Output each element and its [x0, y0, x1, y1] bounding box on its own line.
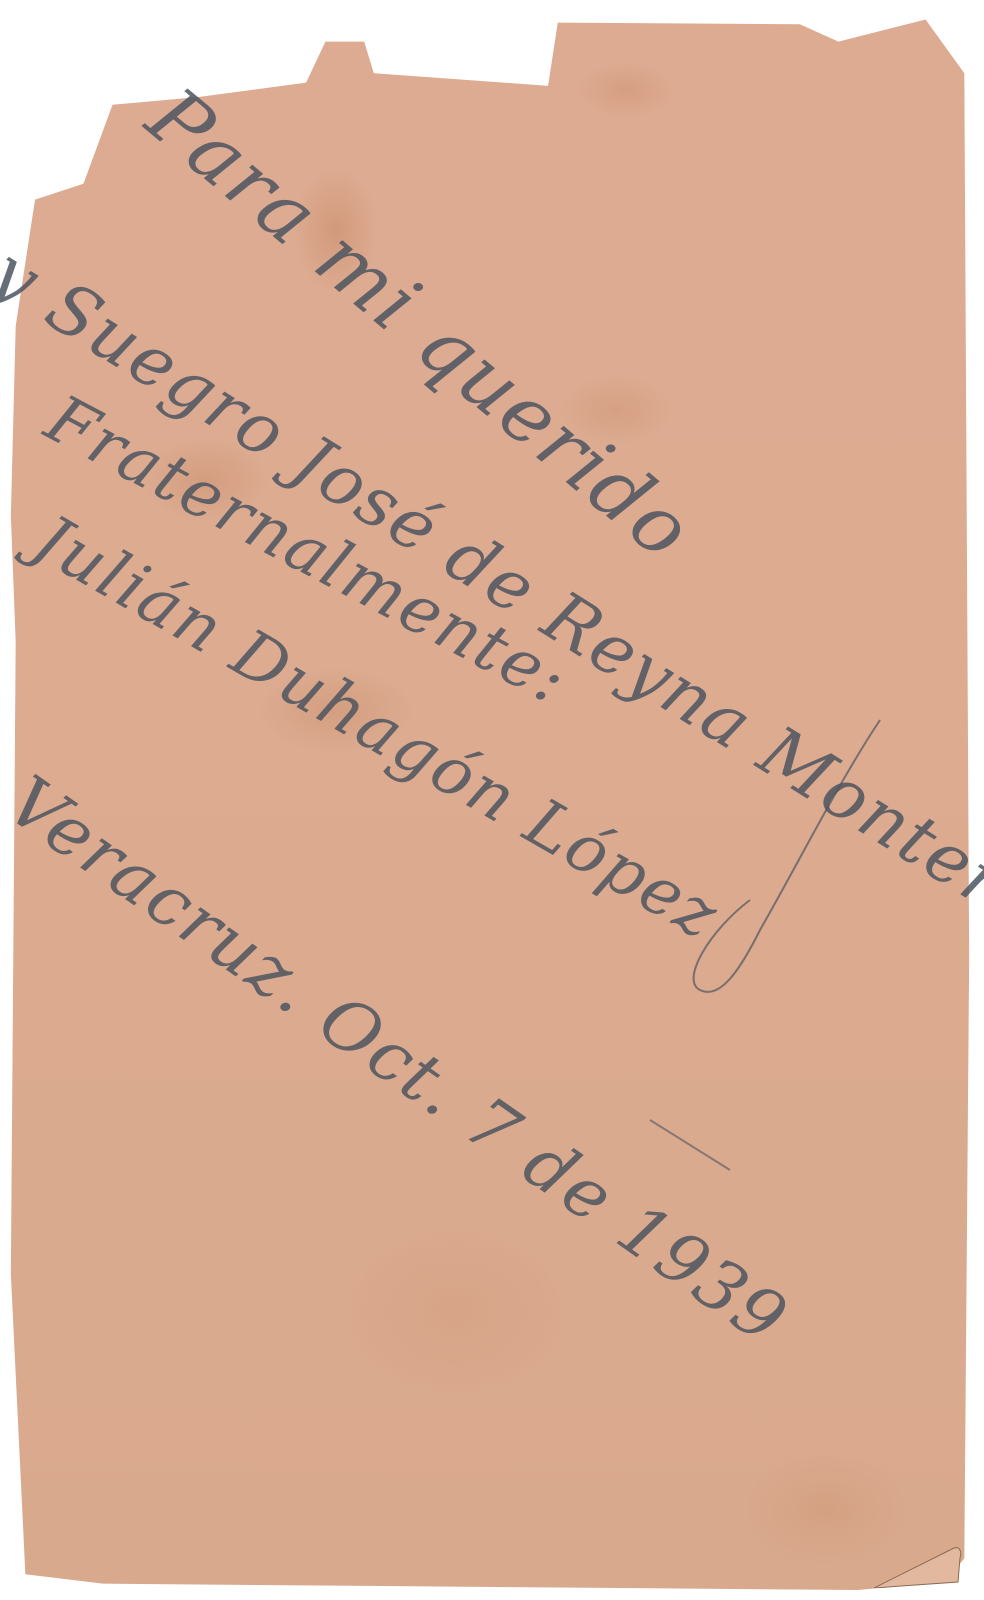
document-photo: Para mi querido y Suegro José de Reyna M…	[0, 0, 984, 1600]
signature-flourish-icon	[640, 700, 940, 1180]
corner-fold-icon	[874, 1542, 964, 1588]
